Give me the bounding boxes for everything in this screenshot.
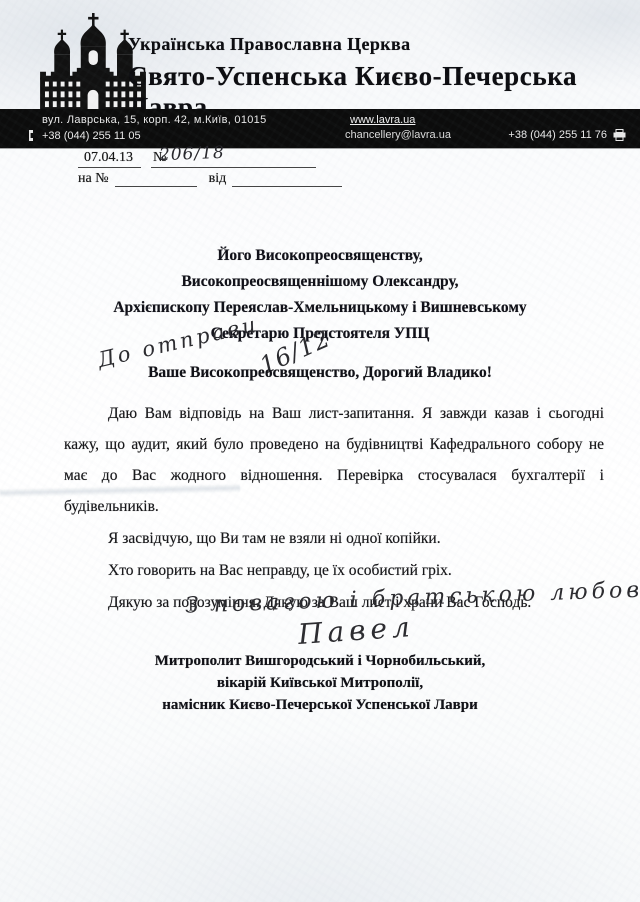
fax-block: +38 (044) 255 11 76: [508, 129, 626, 141]
reference-block: 07.04.13 № 206/18 на № від: [78, 150, 378, 187]
signature-title-line: вікарій Київської Митрополії,: [0, 672, 640, 694]
phone-receiver-icon: [28, 129, 37, 142]
signature-title-block: Митрополит Вишгородський і Чорнобильськи…: [0, 650, 640, 716]
signature-title-line: Митрополит Вишгородський і Чорнобильськи…: [0, 650, 640, 672]
salutation: Ваше Високопреосвященство, Дорогий Влади…: [0, 364, 640, 382]
email-text: chancellery@lavra.ua: [345, 129, 451, 141]
contact-bar: вул. Лаврська, 15, корп. 42, м.Київ, 010…: [0, 109, 640, 148]
phone-block: +38 (044) 255 11 05: [28, 129, 141, 142]
scanned-letter-page: Українська Православна Церква Свято-Успе…: [0, 0, 640, 902]
na-no-label: на №: [78, 171, 115, 187]
letter-number-line: № 206/18: [151, 150, 316, 168]
vid-blank: [232, 186, 342, 187]
recipient-line: Високопреосвященнішому Олександру,: [0, 269, 640, 295]
website-link: www.lavra.ua: [350, 114, 415, 126]
vid-label: від: [209, 171, 233, 187]
recipient-line: Архієпископу Переяслав-Хмельницькому і В…: [0, 295, 640, 321]
body-paragraph: Даю Вам відповідь на Ваш лист-запитання.…: [64, 398, 604, 522]
letter-date: 07.04.13: [78, 150, 141, 168]
phone-number: +38 (044) 255 11 05: [42, 130, 141, 142]
handwritten-signature: Павел: [297, 610, 416, 651]
org-name-line1: Українська Православна Церква: [128, 34, 628, 55]
body-paragraph: Я засвідчую, що Ви там не взяли ні одної…: [64, 523, 604, 554]
fax-printer-icon: [613, 129, 626, 141]
signature-title-line: намісник Києво-Печерської Успенської Лав…: [0, 694, 640, 716]
recipient-line: Його Високопреосвященству,: [0, 243, 640, 269]
fax-number: +38 (044) 255 11 76: [508, 129, 607, 141]
na-no-blank: [115, 186, 197, 187]
address-text: вул. Лаврська, 15, корп. 42, м.Київ, 010…: [42, 114, 267, 126]
letter-number-handwritten: 206/18: [159, 143, 225, 165]
